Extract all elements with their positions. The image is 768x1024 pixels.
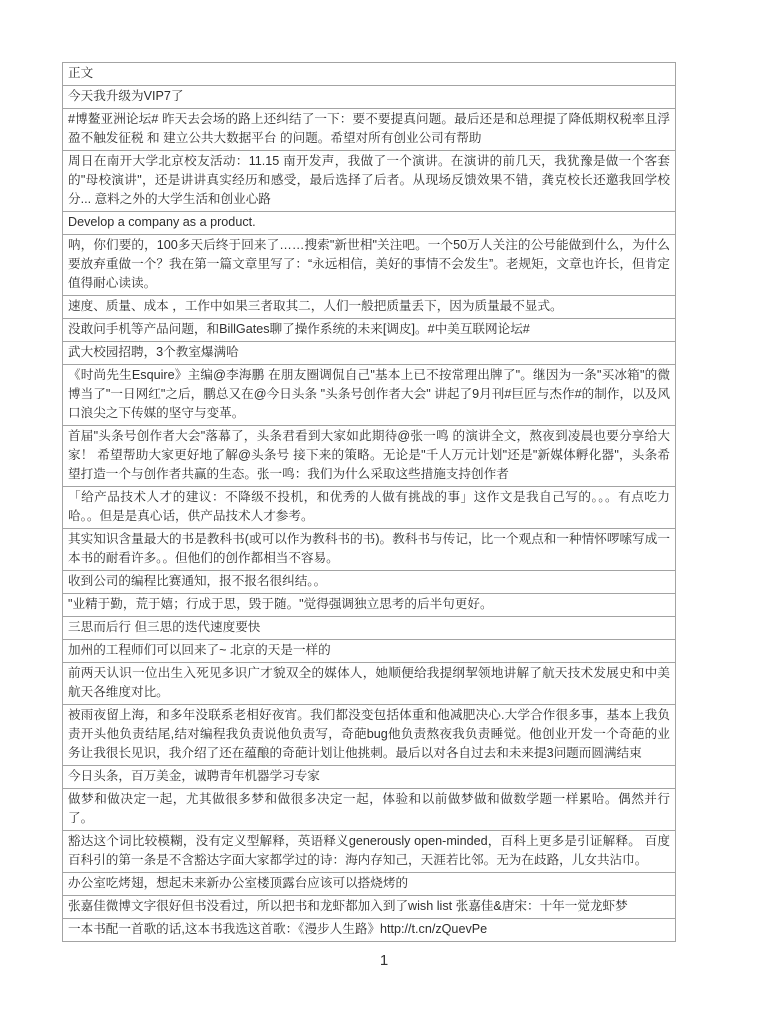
- table-cell-text: 被雨夜留上海，和多年没联系老相好夜宵。我们都没变包括体重和他减肥决心.大学合作很…: [63, 705, 675, 765]
- table-cell-text: 收到公司的编程比赛通知，报不报名很纠结。。: [63, 571, 675, 593]
- table-row: 速度、质量、成本 ，工作中如果三者取其二，人们一般把质量丢下，因为质量最不显式。: [62, 295, 676, 319]
- table-row: 豁达这个词比较模糊，没有定义型解释，英语释义generously open-mi…: [62, 830, 676, 873]
- table-row: 没敢问手机等产品问题，和BillGates聊了操作系统的未来[调皮]。#中美互联…: [62, 318, 676, 342]
- table-cell-text: 前两天认识一位出生入死见多识广才貌双全的媒体人，她顺便给我提纲挈领地讲解了航天技…: [63, 663, 675, 704]
- page-number: 1: [0, 952, 768, 969]
- table-cell-text: 首届"头条号创作者大会"落幕了，头条君看到大家如此期待@张一鸣 的演讲全文，熬夜…: [63, 426, 675, 486]
- table-row: 前两天认识一位出生入死见多识广才貌双全的媒体人，她顺便给我提纲挈领地讲解了航天技…: [62, 662, 676, 705]
- table-cell-text: 没敢问手机等产品问题，和BillGates聊了操作系统的未来[调皮]。#中美互联…: [63, 319, 675, 341]
- table-cell-text: 张嘉佳微博文字很好但书没看过，所以把书和龙虾都加入到了wish list 张嘉佳…: [63, 896, 675, 918]
- table-row: 张嘉佳微博文字很好但书没看过，所以把书和龙虾都加入到了wish list 张嘉佳…: [62, 895, 676, 919]
- table-cell-text: #博鳌亚洲论坛# 昨天去会场的路上还纠结了一下：要不要提真问题。最后还是和总理提…: [63, 109, 675, 150]
- table-row: 三思而后行 但三思的迭代速度要快: [62, 616, 676, 640]
- table-cell-text: 今日头条，百万美金，诚聘青年机器学习专家: [63, 766, 675, 788]
- table-row: 呐，你们要的，100多天后终于回来了……搜索"新世相"关注吧。一个50万人关注的…: [62, 234, 676, 296]
- table-cell-text: 做梦和做决定一起，尤其做很多梦和做很多决定一起，体验和以前做梦做和做数学题一样累…: [63, 789, 675, 830]
- table-cell-text: 办公室吃烤翅，想起未来新办公室楼顶露台应该可以搭烧烤的: [63, 873, 675, 895]
- table-row: 首届"头条号创作者大会"落幕了，头条君看到大家如此期待@张一鸣 的演讲全文，熬夜…: [62, 425, 676, 487]
- table-row: 正文: [62, 62, 676, 86]
- posts-table: 正文今天我升级为VIP7了#博鳌亚洲论坛# 昨天去会场的路上还纠结了一下：要不要…: [62, 62, 676, 942]
- table-row: "业精于勤，荒于嬉；行成于思，毁于随。"觉得强调独立思考的后半句更好。: [62, 593, 676, 617]
- table-cell-text: 速度、质量、成本 ，工作中如果三者取其二，人们一般把质量丢下，因为质量最不显式。: [63, 296, 675, 318]
- table-row: 收到公司的编程比赛通知，报不报名很纠结。。: [62, 570, 676, 594]
- table-cell-text: 一本书配一首歌的话,这本书我选这首歌：《漫步人生路》http://t.cn/zQ…: [63, 919, 675, 941]
- table-cell-text: 今天我升级为VIP7了: [63, 86, 675, 108]
- table-cell-text: 「给产品技术人才的建议：不降级不投机，和优秀的人做有挑战的事」这作文是我自己写的…: [63, 487, 675, 528]
- table-cell-text: 三思而后行 但三思的迭代速度要快: [63, 617, 675, 639]
- table-row: 今天我升级为VIP7了: [62, 85, 676, 109]
- table-cell-text: Develop a company as a product.: [63, 212, 675, 234]
- table-row: 办公室吃烤翅，想起未来新办公室楼顶露台应该可以搭烧烤的: [62, 872, 676, 896]
- table-row: 加州的工程师们可以回来了~ 北京的天是一样的: [62, 639, 676, 663]
- table-row: #博鳌亚洲论坛# 昨天去会场的路上还纠结了一下：要不要提真问题。最后还是和总理提…: [62, 108, 676, 151]
- table-cell-text: 《时尚先生Esquire》主编@李海鹏 在朋友圈调侃自己"基本上已不按常理出牌了…: [63, 365, 675, 425]
- table-row: 被雨夜留上海，和多年没联系老相好夜宵。我们都没变包括体重和他减肥决心.大学合作很…: [62, 704, 676, 766]
- table-row: Develop a company as a product.: [62, 211, 676, 235]
- table-cell-text: 加州的工程师们可以回来了~ 北京的天是一样的: [63, 640, 675, 662]
- table-row: 周日在南开大学北京校友活动：11.15 南开发声，我做了一个演讲。在演讲的前几天…: [62, 150, 676, 212]
- table-cell-text: 周日在南开大学北京校友活动：11.15 南开发声，我做了一个演讲。在演讲的前几天…: [63, 151, 675, 211]
- table-row: 今日头条，百万美金，诚聘青年机器学习专家: [62, 765, 676, 789]
- table-row: 「给产品技术人才的建议：不降级不投机，和优秀的人做有挑战的事」这作文是我自己写的…: [62, 486, 676, 529]
- table-cell-text: 呐，你们要的，100多天后终于回来了……搜索"新世相"关注吧。一个50万人关注的…: [63, 235, 675, 295]
- table-cell-text: "业精于勤，荒于嬉；行成于思，毁于随。"觉得强调独立思考的后半句更好。: [63, 594, 675, 616]
- table-cell-text: 其实知识含量最大的书是教科书(或可以作为教科书的书)。教科书与传记，比一个观点和…: [63, 529, 675, 570]
- table-cell-text: 正文: [63, 63, 675, 85]
- table-row: 其实知识含量最大的书是教科书(或可以作为教科书的书)。教科书与传记，比一个观点和…: [62, 528, 676, 571]
- document-page: 正文今天我升级为VIP7了#博鳌亚洲论坛# 昨天去会场的路上还纠结了一下：要不要…: [0, 0, 768, 1024]
- table-row: 《时尚先生Esquire》主编@李海鹏 在朋友圈调侃自己"基本上已不按常理出牌了…: [62, 364, 676, 426]
- table-row: 武大校园招聘，3个教室爆满哈: [62, 341, 676, 365]
- table-cell-text: 武大校园招聘，3个教室爆满哈: [63, 342, 675, 364]
- table-cell-text: 豁达这个词比较模糊，没有定义型解释，英语释义generously open-mi…: [63, 831, 675, 872]
- table-row: 做梦和做决定一起，尤其做很多梦和做很多决定一起，体验和以前做梦做和做数学题一样累…: [62, 788, 676, 831]
- table-row: 一本书配一首歌的话,这本书我选这首歌：《漫步人生路》http://t.cn/zQ…: [62, 918, 676, 942]
